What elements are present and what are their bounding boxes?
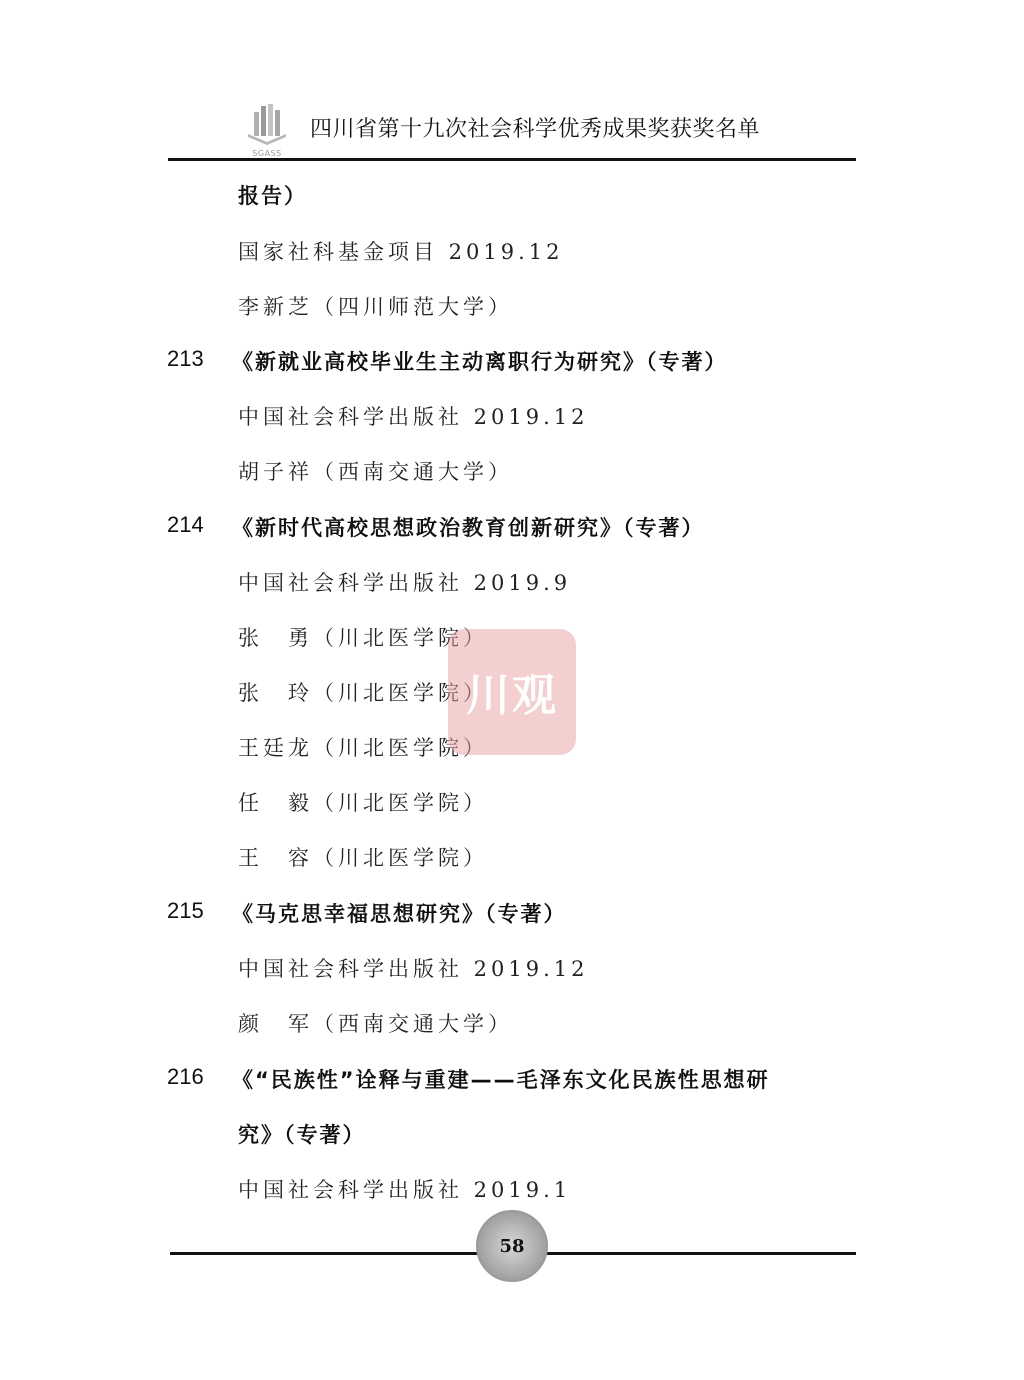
- entry-title: 《新时代高校思想政治教育创新研究》（专著）: [232, 512, 705, 542]
- entry-author: 李新芝（四川师范大学）: [238, 291, 513, 321]
- page-number: 58: [478, 1236, 546, 1257]
- page-number-badge: 58: [476, 1210, 548, 1282]
- entry-title-continuation: 究》（专著）: [238, 1119, 366, 1149]
- page-header: SGASS 四川省第十九次社会科学优秀成果奖获奖名单: [168, 96, 856, 162]
- entry-author: 任 毅（川北医学院）: [238, 787, 488, 817]
- watermark-logo: 川观: [448, 629, 576, 755]
- entry-publisher: 中国社会科学出版社 2019.9: [238, 567, 571, 597]
- entry-number: 213: [167, 346, 204, 372]
- logo-text: SGASS: [244, 149, 290, 158]
- entry-publisher: 中国社会科学出版社 2019.12: [238, 401, 589, 431]
- entry-number: 214: [167, 512, 204, 538]
- entry-publisher: 中国社会科学出版社 2019.12: [238, 953, 589, 983]
- sgass-logo-icon: SGASS: [244, 102, 290, 158]
- entry-author: 王 容（川北医学院）: [238, 842, 488, 872]
- entry-number: 216: [167, 1064, 204, 1090]
- entry-number: 215: [167, 898, 204, 924]
- footer-divider-left: [170, 1252, 480, 1255]
- entry-publisher: 中国社会科学出版社 2019.1: [238, 1174, 571, 1204]
- entry-title-continuation: 报告）: [238, 180, 307, 210]
- entry-publisher: 国家社科基金项目 2019.12: [238, 236, 564, 266]
- entry-author: 颜 军（西南交通大学）: [238, 1008, 513, 1038]
- page-header-title: 四川省第十九次社会科学优秀成果奖获奖名单: [310, 112, 760, 143]
- header-divider: [168, 158, 856, 161]
- entry-title: 《“民族性”诠释与重建——毛泽东文化民族性思想研: [232, 1064, 770, 1094]
- entry-author: 胡子祥（西南交通大学）: [238, 456, 513, 486]
- entry-title: 《新就业高校毕业生主动离职行为研究》（专著）: [232, 346, 728, 376]
- entry-title: 《马克思幸福思想研究》（专著）: [232, 898, 567, 928]
- footer-divider-right: [546, 1252, 856, 1255]
- watermark-text: 川观: [448, 659, 576, 723]
